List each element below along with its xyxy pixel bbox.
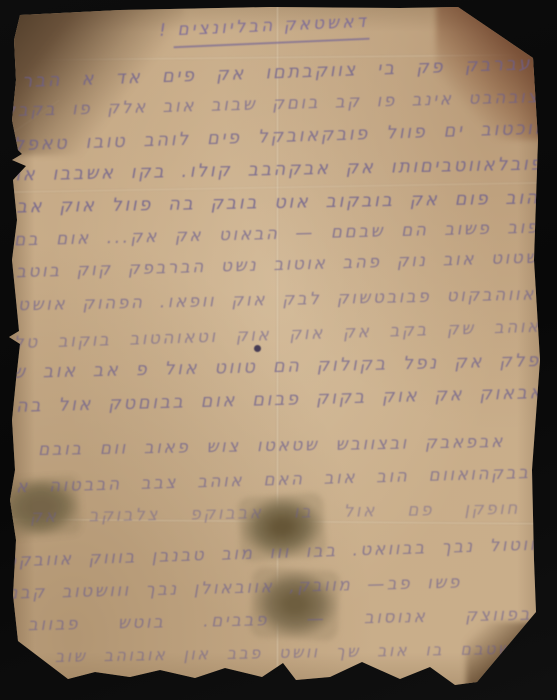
handwritten-line: רבוווהל הבו בל: [170, 674, 430, 694]
ink-dot-center: [254, 345, 261, 352]
manuscript-photo: דאשטאק הבליונצים ! זעברבק פק בי צווקבתםו…: [0, 0, 557, 700]
paper-sheet: דאשטאק הבליונצים ! זעברבק פק בי צווקבתםו…: [8, 4, 544, 694]
